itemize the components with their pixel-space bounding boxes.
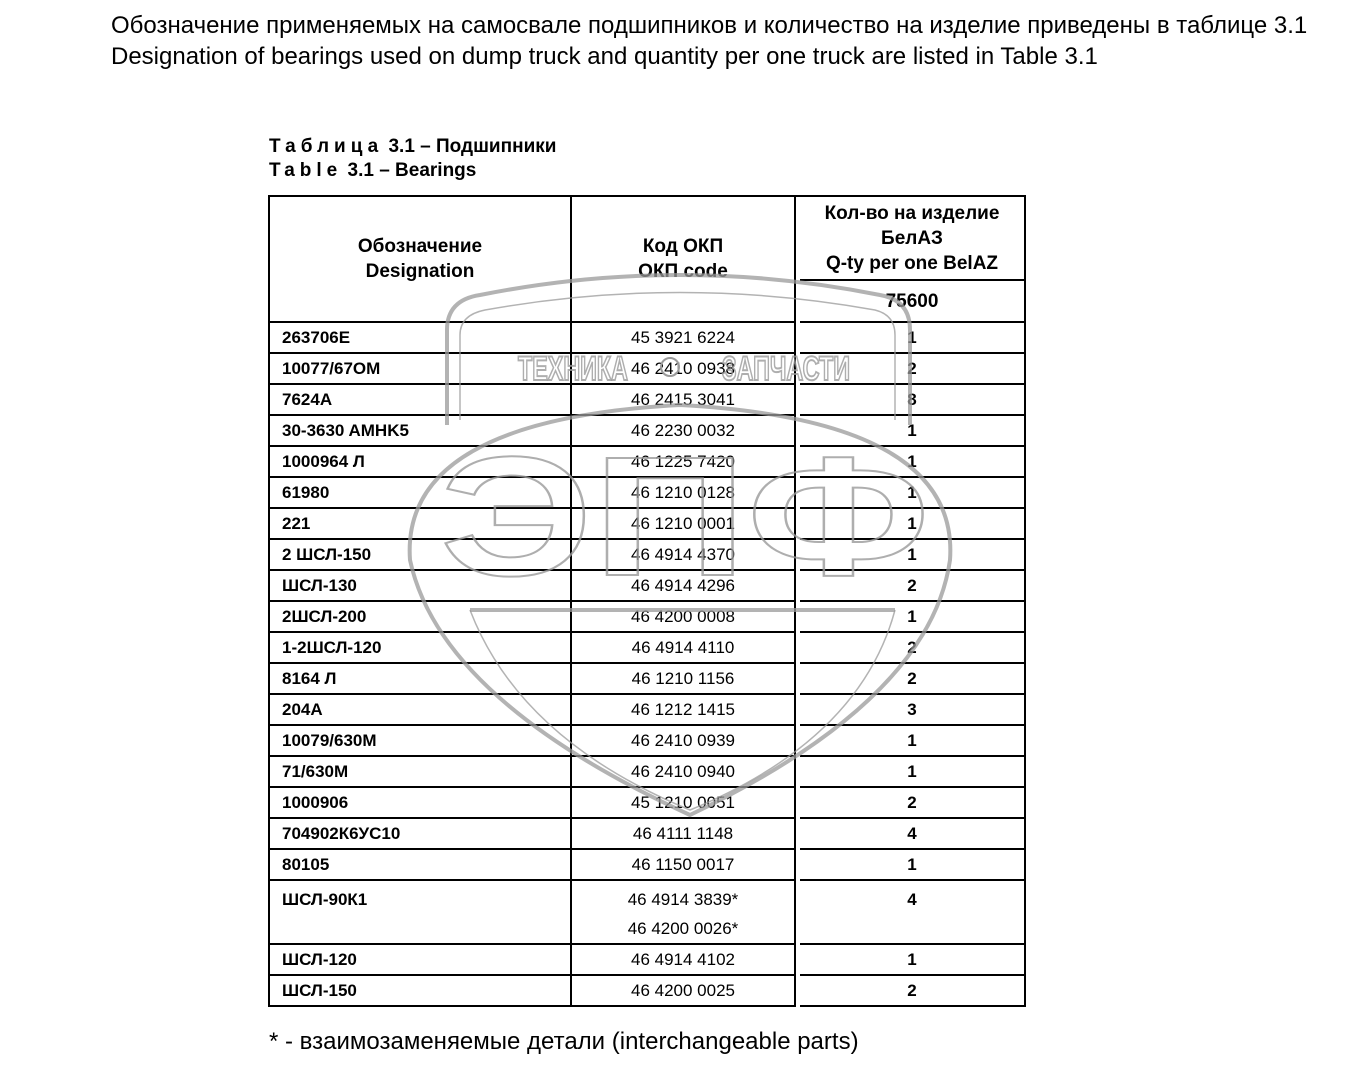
code-value: 46 1210 0128 <box>572 483 794 503</box>
cell-qty: 4 <box>800 880 1025 944</box>
table-row: 10077/67OM46 2410 09382 <box>269 353 1025 384</box>
cell-qty: 1 <box>800 944 1025 975</box>
code-value: 46 4200 0008 <box>572 607 794 627</box>
intro-ru: Обозначение применяемых на самосвале под… <box>35 10 1313 41</box>
cell-qty: 8 <box>800 384 1025 415</box>
cell-qty: 2 <box>800 975 1025 1006</box>
cell-designation: 2ШСЛ-200 <box>269 601 571 632</box>
code-value: 45 3921 6224 <box>572 328 794 348</box>
cell-code: 46 4914 4102 <box>571 944 795 975</box>
cell-qty: 1 <box>800 725 1025 756</box>
table-row: ШСЛ-15046 4200 00252 <box>269 975 1025 1006</box>
cell-designation: ШСЛ-130 <box>269 570 571 601</box>
cell-code: 46 1210 0001 <box>571 508 795 539</box>
cell-designation: 7624A <box>269 384 571 415</box>
cell-code: 46 4200 0008 <box>571 601 795 632</box>
code-value: 46 4111 1148 <box>572 824 794 844</box>
code-value: 46 2230 0032 <box>572 421 794 441</box>
cell-qty: 2 <box>800 570 1025 601</box>
cell-code: 46 4914 4296 <box>571 570 795 601</box>
table-row: 10079/630M46 2410 09391 <box>269 725 1025 756</box>
cell-designation: 1-2ШСЛ-120 <box>269 632 571 663</box>
table-body: 263706E45 3921 6224110077/67OM46 2410 09… <box>269 322 1025 1006</box>
cell-qty: 4 <box>800 818 1025 849</box>
table-row: 7624A46 2415 30418 <box>269 384 1025 415</box>
table-row: 8010546 1150 00171 <box>269 849 1025 880</box>
cell-code: 46 4200 0025 <box>571 975 795 1006</box>
footnote: * - взаимозаменяемые детали (interchange… <box>269 1028 859 1056</box>
table-row: ШСЛ-90К146 4914 3839*46 4200 0026*4 <box>269 880 1025 944</box>
cell-designation: 71/630M <box>269 756 571 787</box>
cell-qty: 2 <box>800 632 1025 663</box>
cell-designation: 1000964 Л <box>269 446 571 477</box>
code-value: 46 4914 4102 <box>572 950 794 970</box>
code-value: 46 2410 0939 <box>572 731 794 751</box>
cell-designation: 204A <box>269 694 571 725</box>
header-designation: Обозначение Designation <box>269 196 571 322</box>
table-row: 100090645 1210 00512 <box>269 787 1025 818</box>
cell-designation: 704902К6УС10 <box>269 818 571 849</box>
code-value: 46 4914 3839* <box>572 885 794 914</box>
cell-designation: 30-3630 AMHK5 <box>269 415 571 446</box>
code-value: 46 4914 4110 <box>572 638 794 658</box>
cell-qty: 1 <box>800 322 1025 353</box>
cell-designation: 221 <box>269 508 571 539</box>
code-value: 45 1210 0051 <box>572 793 794 813</box>
table-row: ШСЛ-13046 4914 42962 <box>269 570 1025 601</box>
cell-code: 45 1210 0051 <box>571 787 795 818</box>
cell-code: 46 4914 3839*46 4200 0026* <box>571 880 795 944</box>
header-code-ru: Код ОКП <box>572 234 794 259</box>
cell-code: 46 1210 0128 <box>571 477 795 508</box>
table-row: 71/630M46 2410 09401 <box>269 756 1025 787</box>
caption-ru-rest: 3.1 – Подшипники <box>388 136 556 157</box>
code-value: 46 4914 4296 <box>572 576 794 596</box>
table-row: 1-2ШСЛ-12046 4914 41102 <box>269 632 1025 663</box>
table-row: 30-3630 AMHK546 2230 00321 <box>269 415 1025 446</box>
code-value-alt: 46 4200 0026* <box>572 914 794 943</box>
code-value: 46 2410 0938 <box>572 359 794 379</box>
cell-designation: 10077/67OM <box>269 353 571 384</box>
intro-text: Обозначение применяемых на самосвале под… <box>35 10 1313 72</box>
cell-qty: 2 <box>800 787 1025 818</box>
table-row: 6198046 1210 01281 <box>269 477 1025 508</box>
cell-qty: 1 <box>800 849 1025 880</box>
caption-ru-label: Таблица <box>269 136 383 157</box>
caption-en: Table 3.1 – Bearings <box>269 159 556 183</box>
cell-code: 46 2230 0032 <box>571 415 795 446</box>
header-qty-ru1: Кол-во на изделие <box>800 201 1024 226</box>
header-designation-en: Designation <box>270 259 570 284</box>
cell-code: 46 1225 7420 <box>571 446 795 477</box>
caption-en-rest: 3.1 – Bearings <box>348 160 477 181</box>
header-designation-ru: Обозначение <box>270 234 570 259</box>
code-value: 46 1210 0001 <box>572 514 794 534</box>
code-value: 46 4200 0025 <box>572 981 794 1001</box>
cell-designation: 263706E <box>269 322 571 353</box>
code-value: 46 1150 0017 <box>572 855 794 875</box>
cell-code: 46 2410 0940 <box>571 756 795 787</box>
table-row: 8164 Л46 1210 11562 <box>269 663 1025 694</box>
cell-code: 46 4914 4370 <box>571 539 795 570</box>
table-row: 2ШСЛ-20046 4200 00081 <box>269 601 1025 632</box>
header-model: 75600 <box>800 280 1025 322</box>
cell-qty: 1 <box>800 508 1025 539</box>
code-value: 46 4914 4370 <box>572 545 794 565</box>
code-value: 46 1210 1156 <box>572 669 794 689</box>
cell-designation: 80105 <box>269 849 571 880</box>
cell-designation: ШСЛ-90К1 <box>269 880 571 944</box>
code-value: 46 2410 0940 <box>572 762 794 782</box>
intro-en: Designation of bearings used on dump tru… <box>35 41 1313 72</box>
header-qty-en: Q-ty per one BelAZ <box>800 251 1024 276</box>
cell-qty: 1 <box>800 601 1025 632</box>
cell-qty: 2 <box>800 353 1025 384</box>
cell-qty: 1 <box>800 477 1025 508</box>
cell-designation: ШСЛ-150 <box>269 975 571 1006</box>
cell-code: 46 4111 1148 <box>571 818 795 849</box>
cell-qty: 1 <box>800 446 1025 477</box>
code-value: 46 1225 7420 <box>572 452 794 472</box>
cell-code: 45 3921 6224 <box>571 322 795 353</box>
code-value: 46 2415 3041 <box>572 390 794 410</box>
cell-code: 46 1212 1415 <box>571 694 795 725</box>
cell-qty: 1 <box>800 415 1025 446</box>
cell-qty: 2 <box>800 663 1025 694</box>
header-qty: Кол-во на изделие БелАЗ Q-ty per one Bel… <box>800 196 1025 280</box>
cell-code: 46 2410 0938 <box>571 353 795 384</box>
cell-designation: 8164 Л <box>269 663 571 694</box>
header-code: Код ОКП ОКП code <box>571 196 795 322</box>
table-row: 263706E45 3921 62241 <box>269 322 1025 353</box>
cell-designation: 1000906 <box>269 787 571 818</box>
table-row: 1000964 Л46 1225 74201 <box>269 446 1025 477</box>
cell-code: 46 1210 1156 <box>571 663 795 694</box>
header-code-en: ОКП code <box>572 259 794 284</box>
cell-qty: 1 <box>800 539 1025 570</box>
table-row: 204A46 1212 14153 <box>269 694 1025 725</box>
bearings-table: Обозначение Designation Код ОКП ОКП code… <box>268 195 1026 1007</box>
cell-code: 46 4914 4110 <box>571 632 795 663</box>
cell-code: 46 2415 3041 <box>571 384 795 415</box>
cell-designation: ШСЛ-120 <box>269 944 571 975</box>
code-value: 46 1212 1415 <box>572 700 794 720</box>
table-row: 704902К6УС1046 4111 11484 <box>269 818 1025 849</box>
cell-designation: 61980 <box>269 477 571 508</box>
table-caption: Таблица 3.1 – Подшипники Table 3.1 – Bea… <box>269 135 556 183</box>
cell-qty: 3 <box>800 694 1025 725</box>
table-row: ШСЛ-12046 4914 41021 <box>269 944 1025 975</box>
table-row: 22146 1210 00011 <box>269 508 1025 539</box>
table-row: 2 ШСЛ-15046 4914 43701 <box>269 539 1025 570</box>
cell-qty: 1 <box>800 756 1025 787</box>
cell-code: 46 2410 0939 <box>571 725 795 756</box>
caption-ru: Таблица 3.1 – Подшипники <box>269 135 556 159</box>
cell-designation: 2 ШСЛ-150 <box>269 539 571 570</box>
cell-designation: 10079/630M <box>269 725 571 756</box>
cell-code: 46 1150 0017 <box>571 849 795 880</box>
caption-en-label: Table <box>269 160 342 181</box>
header-qty-ru2: БелАЗ <box>800 226 1024 251</box>
